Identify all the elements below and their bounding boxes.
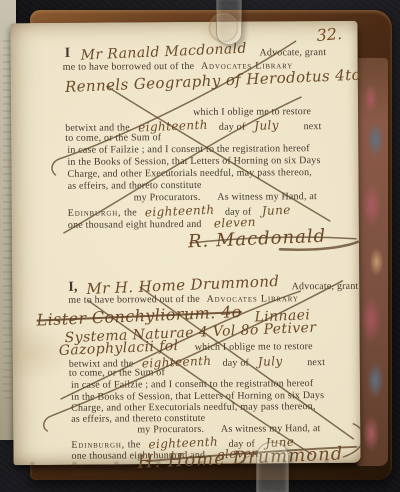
borrowed-prefix: me to have borrowed out of the bbox=[63, 61, 195, 73]
day-of: day of bbox=[219, 122, 246, 133]
entry1-charge-line: Charge, and other Executorials needful, … bbox=[67, 168, 312, 180]
entry1-opening-line: I Mr Ranald Macdonald Advocate, grant bbox=[65, 44, 327, 61]
return-month: July bbox=[257, 355, 282, 368]
year-prefix: one thousand eight hundred and bbox=[68, 219, 202, 231]
entry1-witness-line: my Procurators. As witness my Hand, at bbox=[134, 192, 317, 203]
signed-month: June bbox=[262, 204, 291, 217]
entry2-oblige-line: which I oblige me to restore bbox=[195, 342, 313, 353]
signature-flourish bbox=[343, 424, 360, 457]
ledger-page: 32. I Mr Ranald Macdonald Advocate, gran… bbox=[10, 21, 360, 465]
witness: As witness my Hand, at bbox=[221, 423, 321, 435]
next-word: next bbox=[304, 121, 322, 132]
entry1-effeirs-line: as effeirs, and thereto constitute bbox=[68, 181, 202, 192]
year-word: eleven bbox=[214, 216, 257, 230]
folio-number: 32. bbox=[316, 24, 343, 45]
entry2-witness-line: my Procurators. As witness my Hand, at bbox=[137, 424, 320, 435]
entry2-title-line2: Systema Naturae 4 Vol 8o Petiver bbox=[65, 325, 317, 341]
entry1-failzie-line: in case of Failzie ; and I consent to th… bbox=[67, 144, 309, 156]
entry1-title-line: Rennels Geography of Herodotus 4to bbox=[65, 73, 361, 90]
entry2-failzie-line: in case of Failzie ; and I consent to th… bbox=[71, 379, 313, 391]
entry2-title-line3: Gazophylacii fol bbox=[59, 341, 179, 356]
marbled-fore-edge bbox=[356, 58, 388, 466]
entry2-sum-line: to come, or the Sum of bbox=[69, 368, 165, 379]
procurators: my Procurators. bbox=[134, 192, 201, 203]
return-month: July bbox=[254, 119, 279, 132]
grant-suffix: Advocate, grant bbox=[292, 281, 359, 292]
book-weight-strip-bottom bbox=[256, 442, 289, 492]
entry2-opening-line: I, Mr H. Home Drummond Advocate, grant bbox=[68, 277, 358, 295]
next-word: next bbox=[307, 357, 325, 368]
witness: As witness my Hand, at bbox=[217, 191, 317, 203]
borrower-name: Mr Ranald Macdonald bbox=[81, 42, 248, 63]
entry1-signature: R. Macdonald bbox=[188, 230, 326, 249]
grant-suffix: Advocate, grant bbox=[259, 47, 326, 58]
entry1-oblige-line: which I oblige me to restore bbox=[193, 107, 311, 118]
procurators: my Procurators. bbox=[137, 424, 204, 435]
opening-initial: I, bbox=[68, 280, 77, 295]
entry1-sum-line: to come, or the Sum of bbox=[65, 133, 161, 144]
day-of: day of bbox=[223, 358, 250, 369]
book-weight-strip-top bbox=[216, 0, 242, 45]
signature: R. Macdonald bbox=[188, 228, 327, 252]
opening-initial: I bbox=[65, 46, 71, 61]
photo-of-ledger: 32. I Mr Ranald Macdonald Advocate, gran… bbox=[0, 0, 400, 492]
entry1-session-line: in the Books of Session, that Letters of… bbox=[67, 156, 320, 168]
